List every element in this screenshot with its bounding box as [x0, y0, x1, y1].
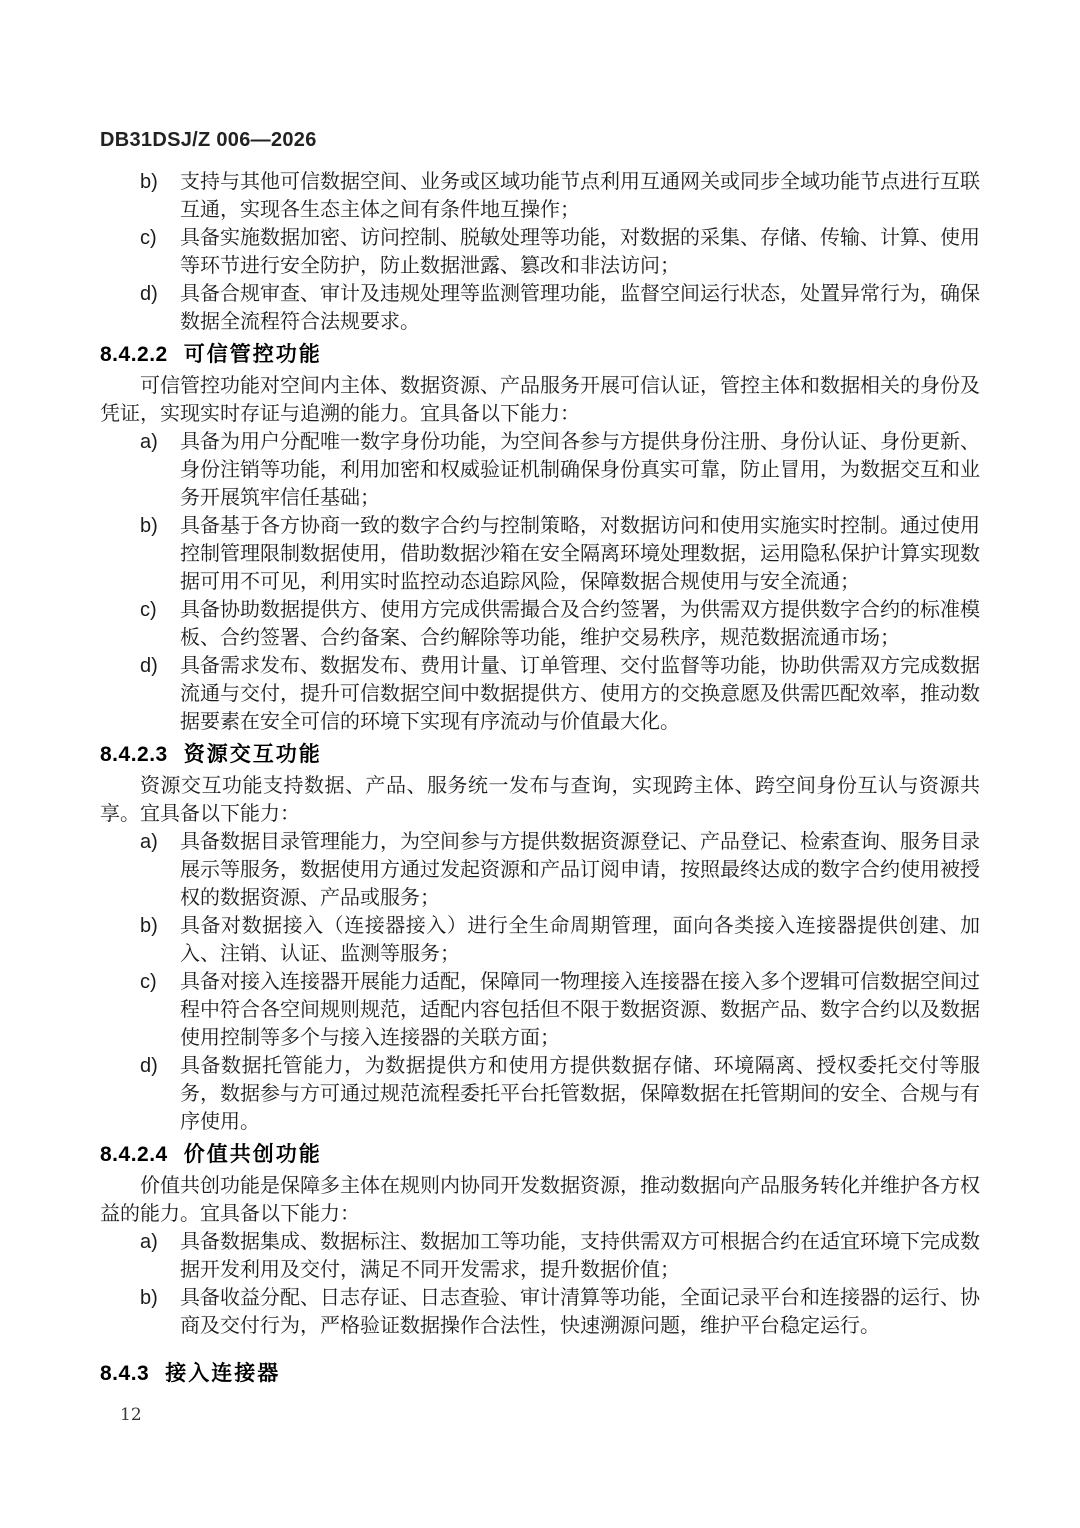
list-item: a) 具备为用户分配唯一数字身份功能，为空间各参与方提供身份注册、身份认证、身份… — [100, 428, 980, 512]
section-intro-paragraph: 资源交互功能支持数据、产品、服务统一发布与查询，实现跨主体、跨空间身份互认与资源… — [100, 772, 980, 828]
list-item-text: 具备数据集成、数据标注、数据加工等功能，支持供需双方可根据合约在适宜环境下完成数… — [180, 1228, 980, 1284]
list-item-text: 具备数据托管能力，为数据提供方和使用方提供数据存储、环境隔离、授权委托交付等服务… — [180, 1052, 980, 1136]
list-item-text: 具备为用户分配唯一数字身份功能，为空间各参与方提供身份注册、身份认证、身份更新、… — [180, 428, 980, 512]
section-title: 资源交互功能 — [184, 743, 322, 766]
list-item: a) 具备数据目录管理能力，为空间参与方提供数据资源登记、产品登记、检索查询、服… — [100, 828, 980, 912]
section-list-8-4-2-4: a) 具备数据集成、数据标注、数据加工等功能，支持供需双方可根据合约在适宜环境下… — [100, 1228, 980, 1340]
list-item: d) 具备数据托管能力，为数据提供方和使用方提供数据存储、环境隔离、授权委托交付… — [100, 1052, 980, 1136]
section-heading-8-4-3: 8.4.3接入连接器 — [100, 1360, 980, 1388]
list-item-label: a) — [140, 828, 180, 912]
section-number: 8.4.2.4 — [100, 1143, 168, 1166]
section-heading-8-4-2-2: 8.4.2.2可信管控功能 — [100, 341, 980, 369]
list-item-label: b) — [140, 168, 180, 224]
list-item-label: b) — [140, 1284, 180, 1340]
list-item-text: 具备对接入连接器开展能力适配，保障同一物理接入连接器在接入多个逻辑可信数据空间过… — [180, 968, 980, 1052]
list-item-text: 具备收益分配、日志存证、日志查验、审计清算等功能，全面记录平台和连接器的运行、协… — [180, 1284, 980, 1340]
section-title: 可信管控功能 — [184, 343, 322, 366]
section-title: 接入连接器 — [165, 1362, 280, 1385]
list-item-text: 具备对数据接入（连接器接入）进行全生命周期管理，面向各类接入连接器提供创建、加入… — [180, 912, 980, 968]
list-item: b) 具备基于各方协商一致的数字合约与控制策略，对数据访问和使用实施实时控制。通… — [100, 512, 980, 596]
list-item-label: c) — [140, 224, 180, 280]
section-number: 8.4.2.2 — [100, 343, 168, 366]
list-item: c) 具备对接入连接器开展能力适配，保障同一物理接入连接器在接入多个逻辑可信数据… — [100, 968, 980, 1052]
list-item: c) 具备实施数据加密、访问控制、脱敏处理等功能，对数据的采集、存储、传输、计算… — [100, 224, 980, 280]
section-intro-paragraph: 可信管控功能对空间内主体、数据资源、产品服务开展可信认证，管控主体和数据相关的身… — [100, 372, 980, 428]
list-item-text: 具备实施数据加密、访问控制、脱敏处理等功能，对数据的采集、存储、传输、计算、使用… — [180, 224, 980, 280]
list-item-text: 支持与其他可信数据空间、业务或区域功能节点利用互通网关或同步全域功能节点进行互联… — [180, 168, 980, 224]
section-heading-8-4-2-3: 8.4.2.3资源交互功能 — [100, 741, 980, 769]
list-item-label: b) — [140, 512, 180, 596]
list-item-label: d) — [140, 280, 180, 336]
list-item: a) 具备数据集成、数据标注、数据加工等功能，支持供需双方可根据合约在适宜环境下… — [100, 1228, 980, 1284]
list-item-text: 具备需求发布、数据发布、费用计量、订单管理、交付监督等功能，协助供需双方完成数据… — [180, 652, 980, 736]
list-item: b) 具备对数据接入（连接器接入）进行全生命周期管理，面向各类接入连接器提供创建… — [100, 912, 980, 968]
document-page: DB31DSJ/Z 006—2026 b) 支持与其他可信数据空间、业务或区域功… — [0, 0, 1080, 1528]
list-item-text: 具备协助数据提供方、使用方完成供需撮合及合约签署，为供需双方提供数字合约的标准模… — [180, 596, 980, 652]
section-list-8-4-2-3: a) 具备数据目录管理能力，为空间参与方提供数据资源登记、产品登记、检索查询、服… — [100, 828, 980, 1136]
section-intro-paragraph: 价值共创功能是保障多主体在规则内协同开发数据资源，推动数据向产品服务转化并维护各… — [100, 1172, 980, 1228]
doc-code: DB31DSJ/Z 006—2026 — [100, 128, 980, 152]
carryover-list: b) 支持与其他可信数据空间、业务或区域功能节点利用互通网关或同步全域功能节点进… — [100, 168, 980, 336]
list-item-text: 具备基于各方协商一致的数字合约与控制策略，对数据访问和使用实施实时控制。通过使用… — [180, 512, 980, 596]
list-item-label: b) — [140, 912, 180, 968]
section-number: 8.4.3 — [100, 1362, 149, 1385]
list-item: d) 具备需求发布、数据发布、费用计量、订单管理、交付监督等功能，协助供需双方完… — [100, 652, 980, 736]
list-item: d) 具备合规审查、审计及违规处理等监测管理功能，监督空间运行状态，处置异常行为… — [100, 280, 980, 336]
list-item: c) 具备协助数据提供方、使用方完成供需撮合及合约签署，为供需双方提供数字合约的… — [100, 596, 980, 652]
list-item: b) 支持与其他可信数据空间、业务或区域功能节点利用互通网关或同步全域功能节点进… — [100, 168, 980, 224]
section-title: 价值共创功能 — [184, 1143, 322, 1166]
list-item-text: 具备数据目录管理能力，为空间参与方提供数据资源登记、产品登记、检索查询、服务目录… — [180, 828, 980, 912]
list-item-label: d) — [140, 652, 180, 736]
list-item-text: 具备合规审查、审计及违规处理等监测管理功能，监督空间运行状态，处置异常行为，确保… — [180, 280, 980, 336]
list-item-label: c) — [140, 968, 180, 1052]
list-item-label: a) — [140, 428, 180, 512]
list-item: b) 具备收益分配、日志存证、日志查验、审计清算等功能，全面记录平台和连接器的运… — [100, 1284, 980, 1340]
list-item-label: d) — [140, 1052, 180, 1136]
section-list-8-4-2-2: a) 具备为用户分配唯一数字身份功能，为空间各参与方提供身份注册、身份认证、身份… — [100, 428, 980, 736]
section-heading-8-4-2-4: 8.4.2.4价值共创功能 — [100, 1141, 980, 1169]
list-item-label: a) — [140, 1228, 180, 1284]
section-number: 8.4.2.3 — [100, 743, 168, 766]
list-item-label: c) — [140, 596, 180, 652]
page-number: 12 — [100, 1404, 980, 1426]
